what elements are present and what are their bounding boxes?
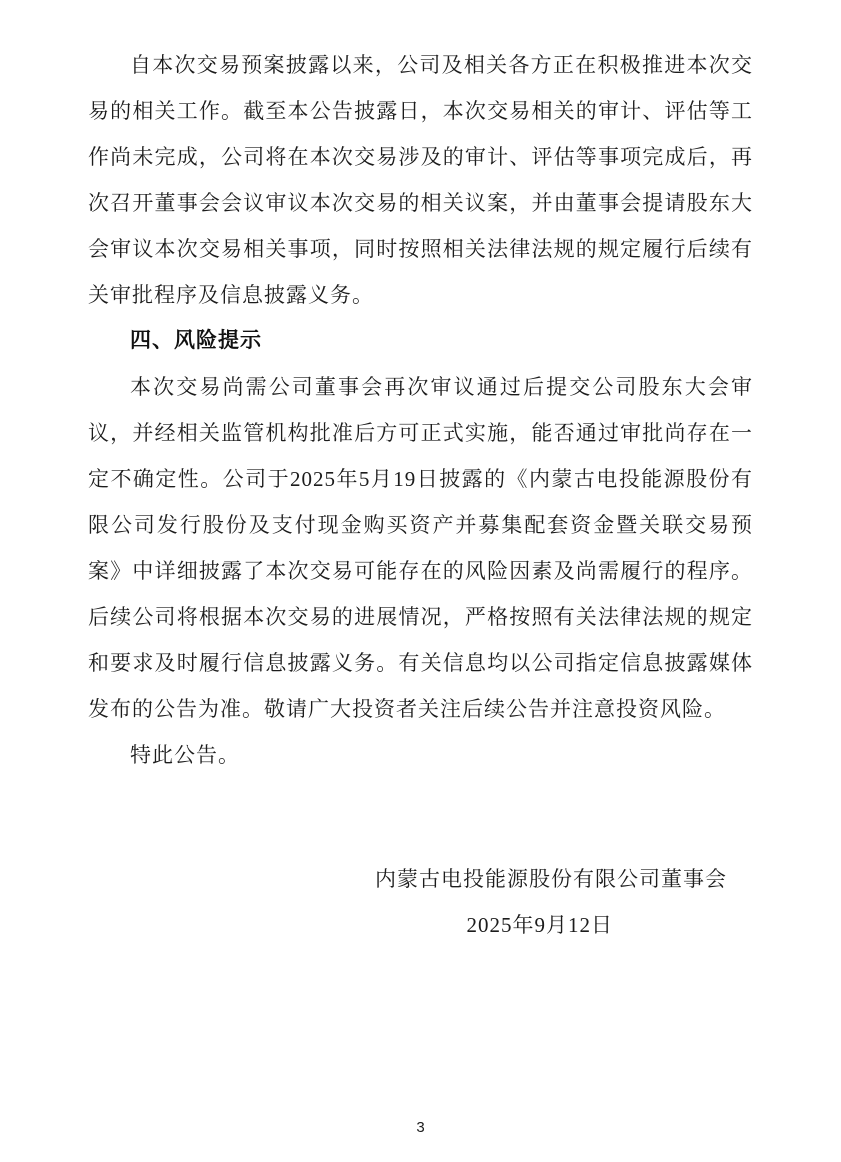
paragraph-transaction-progress: 自本次交易预案披露以来，公司及相关各方正在积极推进本次交易的相关工作。截至本公告… — [88, 42, 753, 318]
section-heading-risk-notice: 四、风险提示 — [88, 318, 753, 364]
document-page: 自本次交易预案披露以来，公司及相关各方正在积极推进本次交易的相关工作。截至本公告… — [0, 0, 841, 1162]
document-content: 自本次交易预案披露以来，公司及相关各方正在积极推进本次交易的相关工作。截至本公告… — [0, 0, 841, 948]
signature-date: 2025年9月12日 — [88, 902, 753, 948]
signature-block: 内蒙古电投能源股份有限公司董事会 2025年9月12日 — [88, 856, 753, 948]
paragraph-risk-notice: 本次交易尚需公司董事会再次审议通过后提交公司股东大会审议，并经相关监管机构批准后… — [88, 364, 753, 732]
page-number: 3 — [0, 1119, 841, 1136]
signature-company-name: 内蒙古电投能源股份有限公司董事会 — [88, 856, 753, 902]
closing-statement: 特此公告。 — [88, 732, 753, 778]
